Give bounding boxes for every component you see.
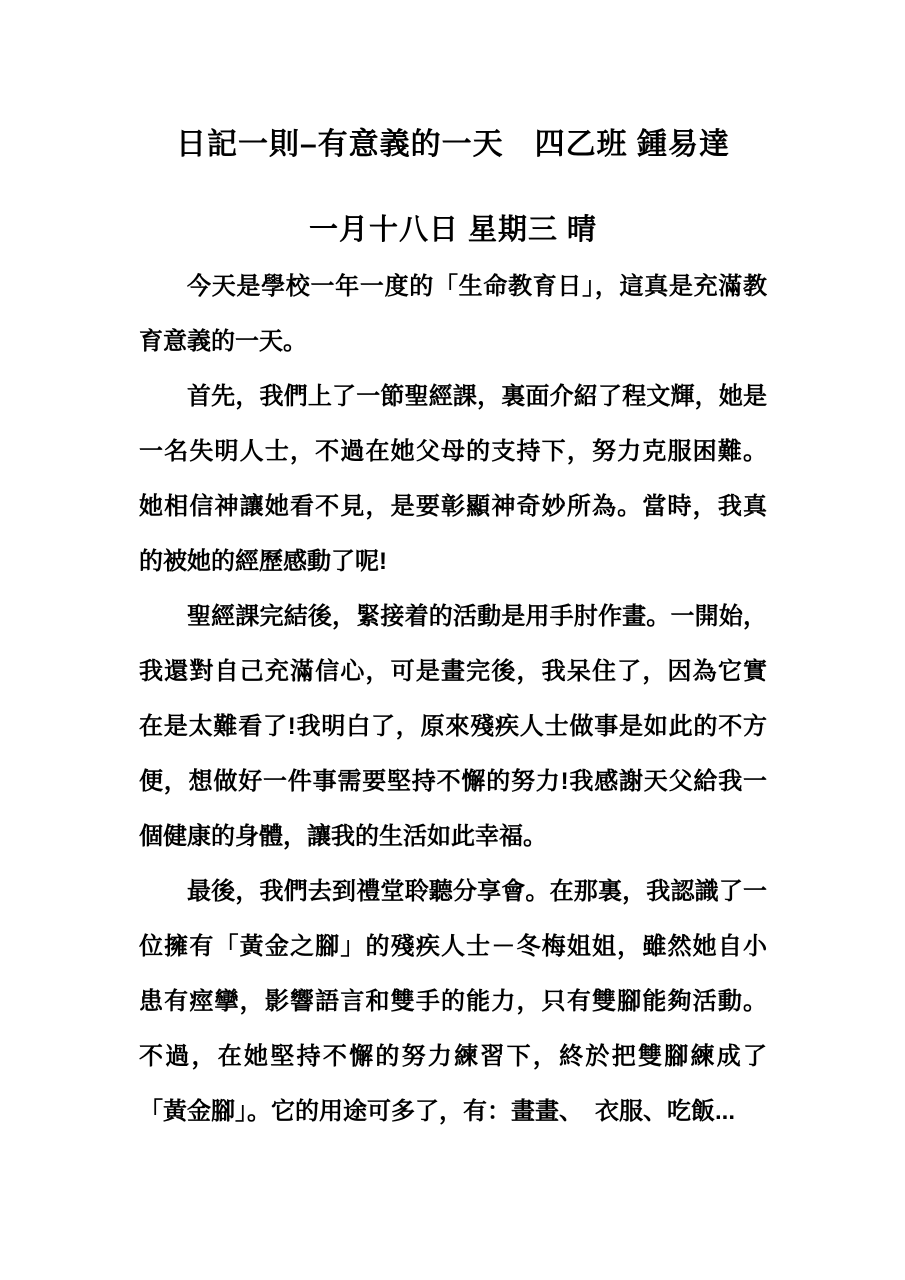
paragraph: 聖經課完結後，緊接着的活動是用手肘作畫。一開始， 我還對自己充滿信心，可是畫完後… xyxy=(139,589,767,864)
document-content: 日記一則–有意義的一天 四乙班 鍾易達 一月十八日 星期三 晴 今天是學校一年一… xyxy=(139,0,767,1139)
paragraph-line: 個健康的身體，讓我的生活如此幸福。 xyxy=(139,809,767,864)
document-body: 今天是學校一年一度的「生命教育日」，這真是充滿教 育意義的一天。 首先，我們上了… xyxy=(139,259,767,1139)
paragraph-line: 「黃金腳」。它的用途可多了，有：畫畫、 衣服、吃飯... xyxy=(139,1084,767,1139)
paragraph-line: 首先，我們上了一節聖經課，裏面介紹了程文輝，她是 xyxy=(139,369,767,424)
paragraph: 最後，我們去到禮堂聆聽分享會。在那裏，我認識了一 位擁有「黃金之腳」的殘疾人士－… xyxy=(139,864,767,1139)
paragraph-line: 我還對自己充滿信心，可是畫完後，我呆住了，因為它實 xyxy=(139,644,767,699)
document-page: 日記一則–有意義的一天 四乙班 鍾易達 一月十八日 星期三 晴 今天是學校一年一… xyxy=(0,0,905,1280)
paragraph: 今天是學校一年一度的「生命教育日」，這真是充滿教 育意義的一天。 xyxy=(139,259,767,369)
paragraph-line: 最後，我們去到禮堂聆聽分享會。在那裏，我認識了一 xyxy=(139,864,767,919)
paragraph-line: 在是太難看了!我明白了，原來殘疾人士做事是如此的不方 xyxy=(139,699,767,754)
paragraph: 首先，我們上了一節聖經課，裏面介紹了程文輝，她是 一名失明人士，不過在她父母的支… xyxy=(139,369,767,589)
paragraph-line: 患有痙攣，影響語言和雙手的能力，只有雙腳能夠活動。 xyxy=(139,974,767,1029)
date-line: 一月十八日 星期三 晴 xyxy=(139,211,767,249)
paragraph-line: 育意義的一天。 xyxy=(139,314,767,369)
paragraph-line: 聖經課完結後，緊接着的活動是用手肘作畫。一開始， xyxy=(139,589,767,644)
paragraph-line: 便，想做好一件事需要堅持不懈的努力!我感謝天父給我一 xyxy=(139,754,767,809)
paragraph-line: 的被她的經歷感動了呢! xyxy=(139,534,767,589)
paragraph-line: 不過，在她堅持不懈的努力練習下，終於把雙腳練成了 xyxy=(139,1029,767,1084)
paragraph-line: 一名失明人士，不過在她父母的支持下，努力克服困難。 xyxy=(139,424,767,479)
document-title: 日記一則–有意義的一天 四乙班 鍾易達 xyxy=(139,126,767,164)
paragraph-line: 位擁有「黃金之腳」的殘疾人士－冬梅姐姐，雖然她自小 xyxy=(139,919,767,974)
paragraph-line: 今天是學校一年一度的「生命教育日」，這真是充滿教 xyxy=(139,259,767,314)
paragraph-line: 她相信神讓她看不見，是要彰顯神奇妙所為。當時，我真 xyxy=(139,479,767,534)
